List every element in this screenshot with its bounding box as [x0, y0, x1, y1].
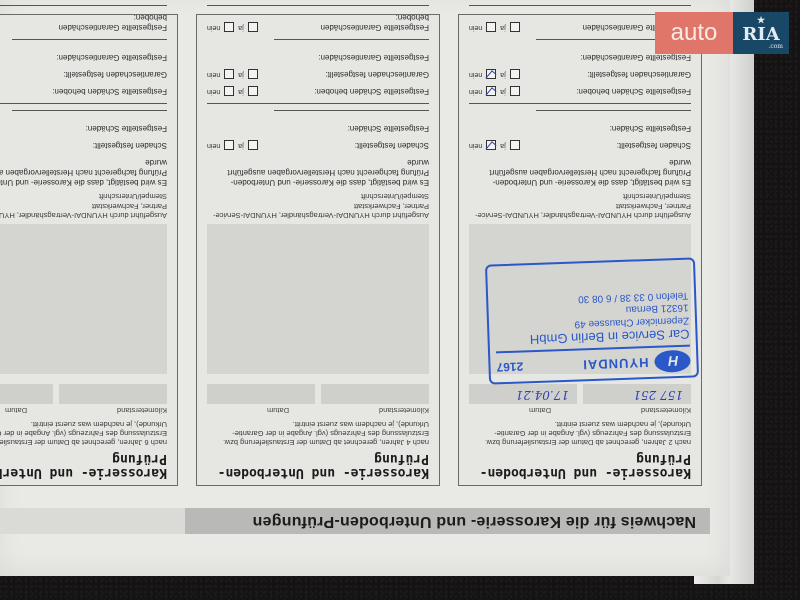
- question-label: Festgestellte Schäden behoben:: [52, 86, 167, 96]
- question-label: Festgestellte Schäden behoben:: [576, 86, 691, 96]
- question-label: Schaden festgestellt:: [617, 140, 691, 150]
- confirmation-text: Es wird bestätigt, dass die Karosserie- …: [0, 157, 167, 187]
- option-ja-label: ja: [500, 22, 505, 31]
- question-label: Festgestellte Schäden:: [86, 123, 167, 133]
- question-yes-no: Schaden festgestellt: ja nein: [0, 140, 167, 150]
- date-label: Datum: [267, 406, 289, 415]
- divider: [207, 103, 429, 104]
- question-label: Garantieschaden festgestellt:: [63, 69, 167, 79]
- stamp-area[interactable]: [207, 224, 429, 374]
- question-yes-no: Festgestellte Garantieschäden behoben: j…: [0, 12, 167, 32]
- stamp-dealer-code: 2167: [496, 359, 523, 375]
- divider: [207, 5, 429, 6]
- option-nein-label: nein: [469, 22, 482, 31]
- checkbox-ja[interactable]: [510, 140, 520, 150]
- yes-no-options: ja nein: [469, 22, 520, 32]
- column-title: Karosserie- und Unterboden-Prüfung: [469, 450, 691, 479]
- question-label: Schaden festgestellt:: [93, 140, 167, 150]
- question-yes-no: Garantieschaden festgestellt: ja nein: [207, 69, 429, 79]
- question-label: Festgestellte Garantieschäden behoben:: [27, 12, 167, 32]
- question-text-line: Festgestellte Garantieschäden:: [207, 39, 429, 62]
- checkbox-ja[interactable]: [248, 86, 258, 96]
- question-label: Garantieschaden festgestellt:: [325, 69, 429, 79]
- inspection-column-1: Karosserie- und Unterboden-Prüfung nach …: [458, 14, 702, 486]
- yes-no-options: ja nein: [207, 22, 258, 32]
- option-nein-label: nein: [207, 69, 220, 78]
- column-intro: nach 2 Jahren, gerechnet ab Datum der Er…: [469, 419, 691, 447]
- column-title: Karosserie- und Unterboden-Prüfung: [0, 450, 167, 479]
- question-label: Schaden festgestellt:: [355, 140, 429, 150]
- checkbox-nein[interactable]: [224, 69, 234, 79]
- question-yes-no: Festgestellte Schäden behoben: ja nein: [207, 86, 429, 96]
- question-label: Festgestellte Schäden:: [610, 123, 691, 133]
- answer-line[interactable]: [12, 39, 167, 50]
- question-label: Garantieschaden festgestellt:: [587, 69, 691, 79]
- service-booklet-page: Nachweis für die Karosserie- und Unterbo…: [0, 0, 730, 576]
- yes-no-options: ja nein: [469, 86, 520, 96]
- option-ja-label: ja: [500, 140, 505, 149]
- checkbox-nein[interactable]: [486, 140, 496, 150]
- checkbox-ja[interactable]: [510, 22, 520, 32]
- inspection-column-2: Karosserie- und Unterboden-Prüfung nach …: [196, 14, 440, 486]
- checkbox-ja[interactable]: [510, 86, 520, 96]
- autoria-watermark: auto ★ RIA .com: [655, 12, 789, 54]
- banner-tail: [0, 508, 185, 534]
- stamp-label: Stempel/Unterschrift: [207, 192, 429, 201]
- yes-no-options: ja nein: [207, 140, 258, 150]
- date-label: Datum: [529, 406, 551, 415]
- question-label: Festgestellte Garantieschäden:: [318, 52, 429, 62]
- question-text-line: Festgestellte Schäden:: [207, 110, 429, 133]
- stamp-area[interactable]: [0, 224, 167, 374]
- yes-no-options: ja nein: [207, 69, 258, 79]
- inspection-column-3: Karosserie- und Unterboden-Prüfung nach …: [0, 14, 178, 486]
- question-yes-no: Festgestellte Garantieschäden behoben: j…: [207, 12, 429, 32]
- km-label: Kilometerstand: [641, 406, 691, 415]
- yes-no-options: ja nein: [469, 140, 520, 150]
- handwritten-date: 17.04.21: [516, 387, 569, 402]
- stamp-label: Stempel/Unterschrift: [469, 192, 691, 201]
- handwritten-km: 157 251: [633, 387, 683, 402]
- column-title: Karosserie- und Unterboden-Prüfung: [207, 450, 429, 479]
- question-yes-no: Garantieschaden festgestellt: ja nein: [469, 69, 691, 79]
- km-field[interactable]: [321, 384, 429, 404]
- option-ja-label: ja: [238, 140, 243, 149]
- option-ja-label: ja: [238, 69, 243, 78]
- option-nein-label: nein: [207, 86, 220, 95]
- checkbox-nein[interactable]: [224, 140, 234, 150]
- question-label: Festgestellte Schäden behoben:: [314, 86, 429, 96]
- stamp-label: Stempel/Unterschrift: [0, 192, 167, 201]
- option-nein-label: nein: [207, 22, 220, 31]
- question-yes-no: Festgestellte Schäden behoben: ja nein: [0, 86, 167, 96]
- checkbox-ja[interactable]: [510, 69, 520, 79]
- answer-line[interactable]: [12, 110, 167, 121]
- option-ja-label: ja: [500, 86, 505, 95]
- divider: [0, 5, 167, 6]
- yes-no-options: ja nein: [207, 86, 258, 96]
- performed-by: Ausgeführt durch HYUNDAI-Vertragshändler…: [0, 201, 167, 220]
- option-ja-label: ja: [238, 86, 243, 95]
- hyundai-logo-icon: H: [654, 350, 691, 373]
- performed-by: Ausgeführt durch HYUNDAI-Vertragshändler…: [207, 201, 429, 220]
- question-label: Festgestellte Garantieschäden behoben:: [289, 12, 429, 32]
- answer-line[interactable]: [274, 39, 429, 50]
- date-label: Datum: [5, 406, 27, 415]
- date-field[interactable]: [0, 384, 53, 404]
- divider: [0, 103, 167, 104]
- confirmation-text: Es wird bestätigt, dass die Karosserie- …: [207, 157, 429, 187]
- date-field[interactable]: [207, 384, 315, 404]
- question-text-line: Festgestellte Schäden:: [0, 110, 167, 133]
- checkbox-nein[interactable]: [486, 69, 496, 79]
- checkbox-nein[interactable]: [486, 86, 496, 96]
- option-nein-label: nein: [207, 140, 220, 149]
- checkbox-nein[interactable]: [224, 86, 234, 96]
- date-field[interactable]: 17.04.21: [469, 384, 577, 404]
- km-label: Kilometerstand: [117, 406, 167, 415]
- question-yes-no: Festgestellte Schäden behoben: ja nein: [469, 86, 691, 96]
- checkbox-ja[interactable]: [248, 22, 258, 32]
- answer-line[interactable]: [274, 110, 429, 121]
- column-intro: nach 4 Jahren, gerechnet ab Datum der Er…: [207, 419, 429, 447]
- checkbox-nein[interactable]: [486, 22, 496, 32]
- watermark-auto: auto: [655, 12, 733, 54]
- option-nein-label: nein: [469, 69, 482, 78]
- question-yes-no: Schaden festgestellt: ja nein: [207, 140, 429, 150]
- watermark-ria: ★ RIA .com: [733, 12, 789, 54]
- yes-no-options: ja nein: [469, 69, 520, 79]
- dealer-stamp: H HYUNDAI 2167 Car Service in Berlin Gmb…: [485, 257, 699, 384]
- option-ja-label: ja: [500, 69, 505, 78]
- answer-line[interactable]: [536, 110, 691, 121]
- performed-by: Ausgeführt durch HYUNDAI-Vertragshändler…: [469, 201, 691, 220]
- checkbox-nein[interactable]: [224, 22, 234, 32]
- divider: [469, 103, 691, 104]
- watermark-suffix: .com: [768, 44, 783, 50]
- checkbox-ja[interactable]: [248, 140, 258, 150]
- section-title: Nachweis für die Karosserie- und Unterbo…: [171, 508, 710, 534]
- confirmation-text: Es wird bestätigt, dass die Karosserie- …: [469, 157, 691, 187]
- question-yes-no: Schaden festgestellt: ja nein: [469, 140, 691, 150]
- stamp-brand: HYUNDAI: [582, 354, 649, 373]
- km-field[interactable]: 157 251: [583, 384, 691, 404]
- option-nein-label: nein: [469, 86, 482, 95]
- column-intro: nach 6 Jahren, gerechnet ab Datum der Er…: [0, 419, 167, 447]
- watermark-ria-text: RIA: [742, 26, 779, 44]
- question-text-line: Festgestellte Garantieschäden:: [0, 39, 167, 62]
- question-yes-no: Garantieschaden festgestellt: ja nein: [0, 69, 167, 79]
- checkbox-ja[interactable]: [248, 69, 258, 79]
- booklet-sheet: Nachweis für die Karosserie- und Unterbo…: [0, 0, 750, 584]
- divider: [469, 5, 691, 6]
- question-label: Festgestellte Garantieschäden:: [56, 52, 167, 62]
- option-ja-label: ja: [238, 22, 243, 31]
- km-field[interactable]: [59, 384, 167, 404]
- km-label: Kilometerstand: [379, 406, 429, 415]
- question-label: Festgestellte Schäden:: [348, 123, 429, 133]
- option-nein-label: nein: [469, 140, 482, 149]
- question-text-line: Festgestellte Schäden:: [469, 110, 691, 133]
